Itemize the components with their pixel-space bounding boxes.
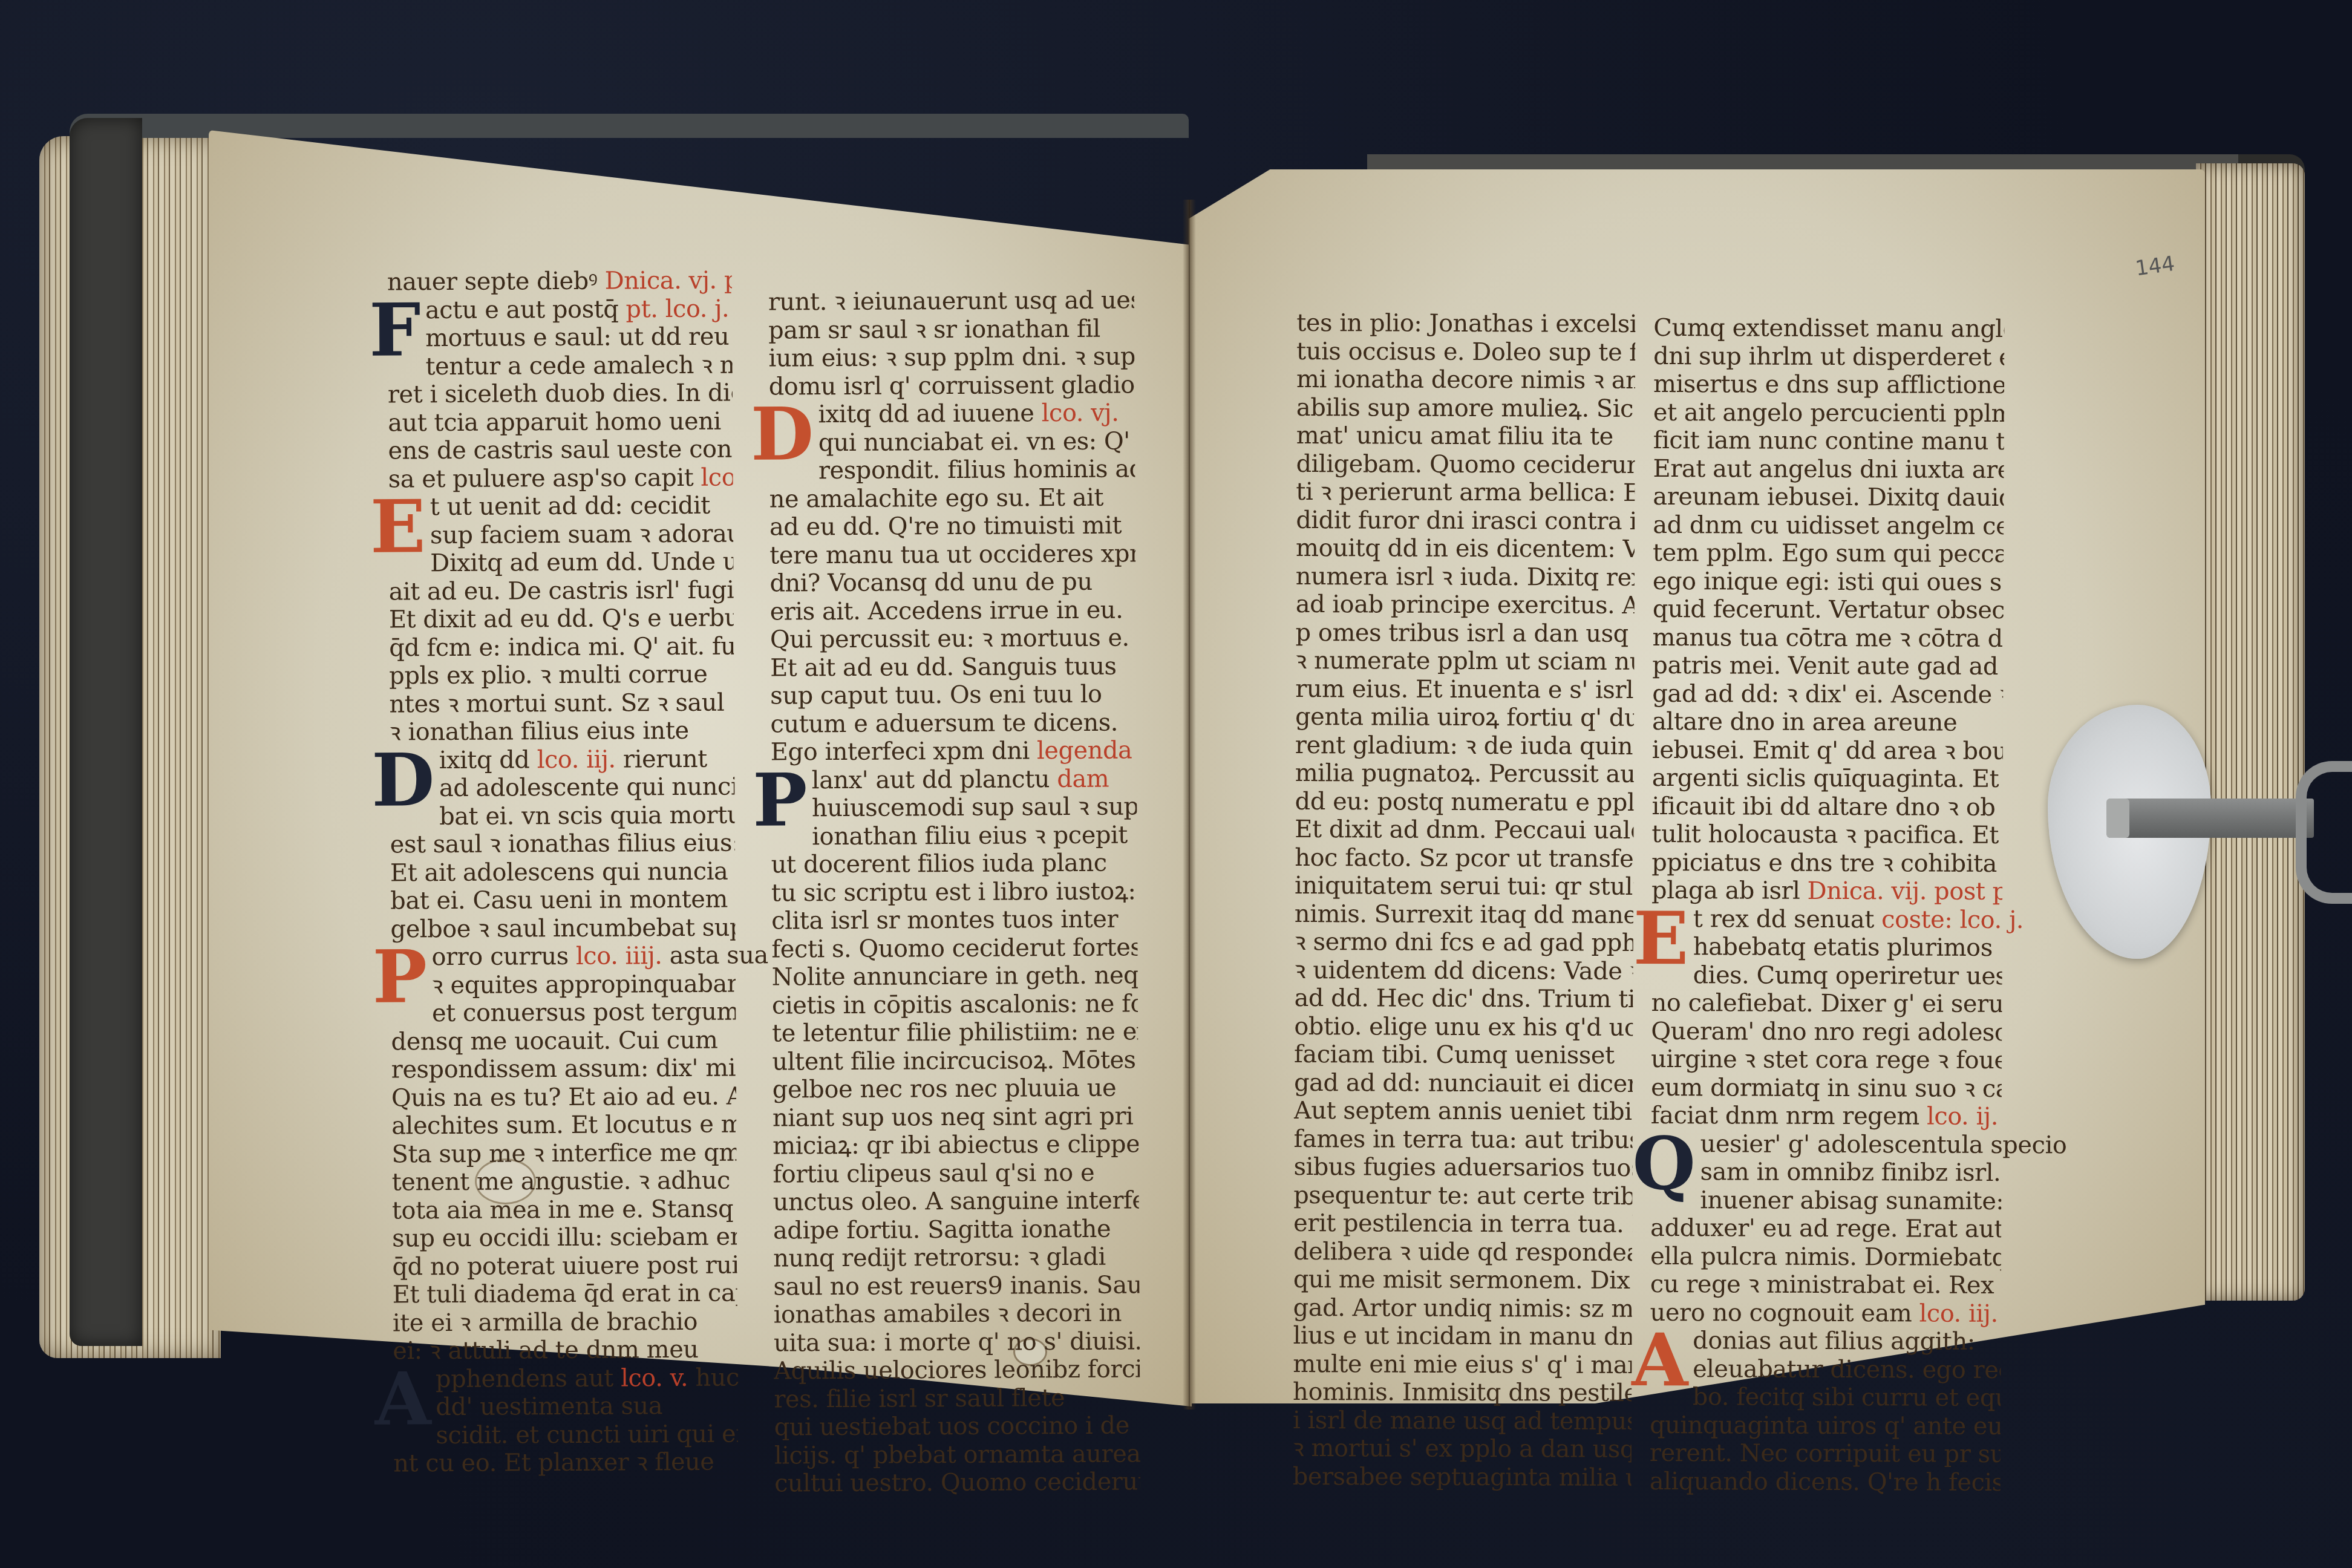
line-text: licijs. q' pbebat ornamta aurea bbox=[774, 1440, 1140, 1469]
text-line: qui nunciabat ei. vn es: Q' bbox=[818, 427, 1135, 457]
text-line: ad eu dd. Q're no timuisti mit bbox=[769, 511, 1135, 541]
line-text: nunq redijt retrorsu: ꝛ gladi bbox=[773, 1243, 1106, 1273]
text-line: nimis. Surrexit itaq dd mane bbox=[1295, 900, 1633, 929]
line-text-after: rierunt bbox=[616, 745, 707, 773]
gutter bbox=[1183, 200, 1196, 1410]
line-text: faciat dnm nrm regem bbox=[1651, 1102, 1927, 1131]
decorated-initial: Q bbox=[1632, 1133, 1695, 1194]
line-text: ixitq dd ad iuuene bbox=[818, 399, 1042, 428]
line-text: ppiciatus e dns tre ꝛ cohibita e bbox=[1651, 848, 2002, 877]
text-line: ut docerent filios iuda planc bbox=[771, 849, 1137, 879]
text-line: gad ad dd: nunciauit ei dicens. bbox=[1294, 1069, 1633, 1098]
line-text: dies. Cumq operiretur uestibus: bbox=[1693, 961, 2002, 990]
manuscript-photo: 144 nauer septe diebꝰ Dnica. vj. pt.Fact… bbox=[0, 0, 2352, 1568]
text-line: Ego interfeci xpm dni legenda pebdoma bbox=[771, 736, 1137, 766]
text-line: Et ait adolescens qui nuncia bbox=[390, 857, 735, 887]
line-text: ret i siceleth duob dies. In die bbox=[388, 379, 733, 409]
line-text: eleuabatur dicens. ego regna bbox=[1693, 1355, 2001, 1384]
line-text: ꝛ equites appropinquabant ei: bbox=[432, 970, 736, 999]
line-text: sup faciem suam ꝛ adorauit. bbox=[430, 520, 733, 549]
line-text: q̄d no poterat uiuere post ruina. bbox=[392, 1251, 737, 1281]
rubric: legenda pebdoma bbox=[1037, 736, 1137, 765]
line-text: respondissem assum: dix' mi: bbox=[391, 1054, 736, 1084]
text-line: ite ei ꝛ armilla de brachio bbox=[393, 1307, 737, 1337]
line-text: nt cu eo. Et planxer ꝛ fleue bbox=[393, 1448, 714, 1478]
text-line: ego inique egi: isti qui oues s' bbox=[1653, 567, 2004, 596]
decorated-initial: D bbox=[751, 404, 814, 465]
text-line: faciat dnm nrm regem lco. ij. bbox=[1651, 1102, 2002, 1131]
line-text: gad ad dd: nunciauit ei dicens. bbox=[1294, 1069, 1633, 1098]
text-line: bersabee septuaginta milia uiroꝝ: bbox=[1293, 1463, 1632, 1492]
text-line: Aut septem annis ueniet tibi bbox=[1294, 1097, 1633, 1126]
text-line: Porro currus lco. iiij. asta sua bbox=[391, 942, 736, 972]
text-line: eum dormiatq in sinu suo ꝛ cale bbox=[1651, 1073, 2002, 1103]
text-line: runt. ꝛ ieiunauerunt usq ad ues bbox=[768, 286, 1134, 316]
text-line: ens de castris saul ueste conscis bbox=[388, 436, 733, 465]
line-text: lanx' aut dd planctu bbox=[812, 765, 1057, 794]
text-line: q̄d fcm e: indica mi. Q' ait. fugit bbox=[389, 632, 734, 662]
line-text: ad ioab principe exercitus. Ambula bbox=[1296, 590, 1635, 619]
line-text: fames in terra tua: aut tribus me bbox=[1294, 1125, 1633, 1154]
rubric: lco. iij. bbox=[537, 745, 615, 774]
rubric: lco. iiij. bbox=[576, 942, 662, 970]
text-line: sup caput tuu. Os eni tuu lo bbox=[770, 680, 1136, 710]
line-text: lius e ut incidam in manu dni: bbox=[1293, 1322, 1632, 1351]
line-text: Aut septem annis ueniet tibi bbox=[1294, 1097, 1632, 1126]
line-text: gelboe nec ros nec pluuia ue bbox=[773, 1074, 1117, 1104]
text-line: dni? Vocansq dd unu de pu bbox=[769, 567, 1135, 598]
text-line: rum eius. Et inuenta e s' isrl octin bbox=[1295, 675, 1634, 704]
line-text: iebusei. Emit q' dd area ꝛ boues bbox=[1652, 736, 2003, 765]
text-line: patris mei. Venit aute gad ad dd in die … bbox=[1652, 652, 2003, 681]
text-line: mat' unicu amat filiu ita te bbox=[1296, 422, 1635, 451]
text-line: tentur a cede amalech ꝛ mane bbox=[425, 351, 733, 381]
text-line: ꝛ equites appropinquabant ei: bbox=[432, 970, 736, 999]
text-line: Planx' aut dd planctu dam bbox=[771, 765, 1137, 795]
line-text: faciam tibi. Cumq uenisset bbox=[1294, 1040, 1615, 1070]
line-text: manus tua cōtra me ꝛ cōtra domu bbox=[1652, 623, 2003, 652]
text-line: Et tuli diadema q̄d erat in cap bbox=[393, 1279, 737, 1308]
line-text: clita isrl sr montes tuos inter bbox=[771, 906, 1118, 935]
right-page-column-b: Cumq extendisset manu angledni sup ihrlm… bbox=[1650, 314, 2005, 1497]
line-text: tota aia mea in me e. Stansq bbox=[392, 1195, 733, 1224]
text-line: respondissem assum: dix' mi: bbox=[391, 1054, 736, 1084]
line-text: numera isrl ꝛ iuda. Dixitq rex bbox=[1296, 563, 1635, 592]
line-text: altare dno in area areune bbox=[1652, 708, 1957, 737]
line-text: cutum e aduersum te dicens. bbox=[770, 708, 1118, 738]
text-line: ꝛ mortui s' ex pplo a dan usque bbox=[1293, 1434, 1632, 1463]
text-line: saul no est reuers9 inanis. Saul ꝛ bbox=[773, 1271, 1139, 1301]
text-line: dies. Cumq operiretur uestibus: bbox=[1693, 961, 2002, 990]
text-line: pam sr saul ꝛ sr ionathan fil bbox=[768, 315, 1134, 345]
line-text: uesier' g' adolescentula specio bbox=[1700, 1130, 2067, 1159]
line-text: Erat aut angelus dni iuxta area bbox=[1653, 454, 2004, 483]
text-line: dd eu: postq numeratu e pplus. bbox=[1295, 788, 1633, 817]
text-line: cietis in cōpitis ascalonis: ne for bbox=[772, 990, 1138, 1020]
line-text: ut docerent filios iuda planc bbox=[771, 849, 1107, 879]
line-text-after: asta sua bbox=[662, 941, 768, 970]
right-page-edges bbox=[2196, 163, 2305, 1301]
line-text: Et tuli diadema q̄d erat in cap bbox=[393, 1279, 737, 1308]
line-text: ppls ex plio. ꝛ multi corrue bbox=[389, 661, 707, 690]
text-line: altare dno in area areune bbox=[1652, 708, 2003, 737]
text-line: bo. fecitq sibi curru et equites ꝛ bbox=[1693, 1383, 2001, 1412]
line-text: adduxer' eu ad rege. Erat aut pu bbox=[1650, 1214, 2001, 1243]
text-line: Quis na es tu? Et aio ad eu. Am bbox=[391, 1082, 736, 1112]
line-text: ad eu dd. Q're no timuisti mit bbox=[769, 512, 1122, 541]
line-text: ꝛ mortui s' ex pplo a dan usque bbox=[1293, 1434, 1632, 1463]
text-line: est saul ꝛ ionathas filius eius: bbox=[390, 829, 735, 859]
text-line: p omes tribus isrl a dan usq bersabee bbox=[1295, 619, 1634, 648]
line-text: Aquilis uelociores leonibz forcio bbox=[774, 1355, 1140, 1385]
line-text: aut tcia apparuit homo ueni bbox=[388, 407, 721, 437]
rubric: pt. lco. j. bbox=[626, 295, 729, 323]
cover-left bbox=[70, 118, 142, 1346]
text-line: eleuabatur dicens. ego regna bbox=[1693, 1355, 2001, 1384]
decorated-initial: P bbox=[753, 770, 807, 831]
line-text: ens de castris saul ueste conscis bbox=[388, 436, 733, 465]
line-text: ei: ꝛ attuli ad te dnm meu bbox=[393, 1336, 699, 1365]
text-line: ntes ꝛ mortui sunt. Sz ꝛ saul bbox=[389, 688, 734, 718]
line-text: hominis. Inmisitq dns pestilenciam bbox=[1293, 1378, 1632, 1407]
line-text: ixitq dd bbox=[439, 746, 537, 774]
line-text: tulit holocausta ꝛ pacifica. Et bbox=[1651, 820, 1999, 849]
text-line: sam in omnibz finibz isrl. Et bbox=[1700, 1158, 2001, 1187]
text-line: Adonias aut filius aggith: bbox=[1650, 1327, 2001, 1356]
line-text: cu rege ꝛ ministrabat ei. Rex bbox=[1650, 1270, 1994, 1299]
line-text: erit pestilencia in terra tua. Nuc ergo bbox=[1293, 1209, 1632, 1238]
line-text: unctus oleo. A sanguine interfecto ꝝ ab bbox=[773, 1186, 1139, 1216]
line-text: ait ad eu. De castris isrl' fugi. bbox=[388, 576, 733, 606]
line-text: bat ei. Casu ueni in montem bbox=[390, 886, 728, 915]
line-text: fecti s. Quomo ceciderut fortes? bbox=[771, 933, 1137, 963]
line-text: pam sr saul ꝛ sr ionathan fil bbox=[768, 315, 1100, 344]
text-line: tes in plio: Jonathas i excelsis bbox=[1296, 309, 1635, 338]
line-text: Cumq extendisset manu angle bbox=[1653, 314, 2004, 343]
line-text: tentur a cede amalech ꝛ mane bbox=[425, 351, 733, 381]
line-text: Et dixit ad eu dd. Q's e uerbu bbox=[389, 604, 734, 634]
text-line: ad adolescente qui nuncia bbox=[439, 773, 735, 803]
line-text: ad dnm cu uidisset angelm cede bbox=[1653, 511, 2004, 540]
line-text: ionathan filiu eius ꝛ pcepit bbox=[812, 821, 1128, 851]
line-text: gad ad dd: ꝛ dix' ei. Ascende ꝛ statue bbox=[1652, 679, 2003, 709]
text-line: manus tua cōtra me ꝛ cōtra domu bbox=[1652, 623, 2003, 653]
line-text: ꝛ numerate pplm ut sciam nume bbox=[1295, 647, 1634, 676]
text-line: genta milia uiroꝝ fortiu q' duce bbox=[1295, 703, 1634, 732]
line-text: uirgine ꝛ stet cora rege ꝛ foueat bbox=[1651, 1045, 2002, 1074]
rubric: lco. iij. bbox=[1919, 1299, 1998, 1327]
line-text: Et ait adolescens qui nuncia bbox=[390, 857, 728, 887]
text-line: quinquaginta uiros q' ante eu cur bbox=[1650, 1411, 2001, 1440]
text-line: no calefiebat. Dixer g' ei serui sui. bbox=[1651, 989, 2002, 1019]
text-line: ad dd. Hec dic' dns. Trium tibi dat bbox=[1294, 984, 1633, 1013]
text-line: tere manu tua ut occideres xpm bbox=[769, 540, 1135, 570]
line-text: ꝛ sermo dni fcs e ad gad pphan bbox=[1295, 928, 1633, 957]
text-line: psequentur te: aut certe tribus dieb' bbox=[1293, 1181, 1632, 1210]
text-line: iebusei. Emit q' dd area ꝛ boues bbox=[1652, 736, 2003, 765]
line-text: alechites sum. Et locutus e mi: bbox=[391, 1111, 736, 1140]
line-text: multe eni mie eius s' q' i manus bbox=[1293, 1350, 1632, 1379]
line-text: dni? Vocansq dd unu de pu bbox=[769, 568, 1092, 598]
text-line: numera isrl ꝛ iuda. Dixitq rex bbox=[1296, 563, 1635, 592]
line-text: sam in omnibz finibz isrl. Et bbox=[1700, 1158, 2001, 1187]
text-line: Et rex dd senuat coste: lco. j. bbox=[1651, 904, 2002, 934]
text-line: te letentur filie philistiim: ne ex bbox=[772, 1018, 1138, 1048]
text-line: ppls ex plio. ꝛ multi corrue bbox=[389, 661, 734, 690]
text-line: Et ait ad eu dd. Sanguis tuus bbox=[770, 652, 1136, 682]
line-text: orro currus bbox=[431, 942, 576, 971]
line-text: tem pplm. Ego sum qui peccaui, bbox=[1653, 539, 2004, 568]
line-text: actu e aut postq̄ bbox=[425, 295, 626, 324]
rubric: coste: lco. j. bbox=[1881, 906, 2024, 934]
line-text: Et dixit ad dnm. Peccaui ualde i bbox=[1295, 815, 1633, 844]
line-text: ionathas amabiles ꝛ decori in bbox=[774, 1299, 1122, 1329]
clamp-tip bbox=[2106, 799, 2129, 838]
text-line: mouitq dd in eis dicentem: Vade bbox=[1296, 534, 1635, 563]
text-line: ꝛ ionathan filius eius inte bbox=[390, 717, 734, 746]
line-text: psequentur te: aut certe tribus dieb' bbox=[1293, 1181, 1632, 1210]
text-line: respondit. filius hominis adue bbox=[818, 455, 1135, 485]
text-line: sup eu occidi illu: sciebam eni bbox=[392, 1223, 737, 1252]
text-line: bat ei. Casu ueni in montem bbox=[390, 886, 735, 915]
line-text: inuener abisag sunamite: et bbox=[1700, 1186, 2001, 1215]
text-line: ꝛ sermo dni fcs e ad gad pphan bbox=[1295, 928, 1633, 957]
text-line: sa et puluere asp'so capit lco. ij. bbox=[388, 463, 733, 493]
text-line: ficit iam nunc contine manu tu bbox=[1653, 426, 2004, 456]
text-line: iniquitatem serui tui: qr stulte egi bbox=[1295, 872, 1633, 901]
left-page-column-b: runt. ꝛ ieiunauerunt usq ad uespam sr sa… bbox=[768, 286, 1140, 1498]
text-line: ad dnm cu uidisset angelm cede bbox=[1653, 511, 2004, 540]
text-line: tenent me angustie. ꝛ adhuc bbox=[392, 1167, 737, 1197]
text-line: bat ei. vn scis quia mortuus bbox=[439, 801, 735, 831]
line-text: mat' unicu amat filiu ita te bbox=[1296, 422, 1613, 451]
line-text: est saul ꝛ ionathas filius eius: bbox=[390, 829, 735, 859]
text-line: clita isrl sr montes tuos inter bbox=[771, 905, 1137, 935]
decorated-initial: D bbox=[371, 750, 434, 811]
line-text: Sta sup me ꝛ interfice me qm bbox=[391, 1138, 736, 1168]
line-text: tenent me angustie. ꝛ adhuc bbox=[392, 1167, 730, 1197]
text-line: ella pulcra nimis. Dormiebatq bbox=[1650, 1242, 2001, 1272]
text-line: ultent filie incircucisoꝝ. Mōtes bbox=[772, 1046, 1138, 1076]
line-text: tuis occisus e. Doleo sup te fr bbox=[1296, 338, 1635, 367]
line-text: niant sup uos neq sint agri pri bbox=[773, 1102, 1134, 1132]
text-line: Erat aut angelus dni iuxta area bbox=[1653, 454, 2004, 484]
decorated-initial: A bbox=[1632, 1330, 1688, 1391]
text-line: sibus fugies aduersarios tuos: ꝛ illi bbox=[1293, 1153, 1632, 1182]
line-text: hoc facto. Sz pcor ut transferas bbox=[1295, 844, 1633, 873]
text-line: ificauit ibi dd altare dno ꝛ ob bbox=[1651, 792, 2002, 822]
line-text: nauer septe diebꝰ bbox=[387, 267, 605, 296]
text-line: Apphendens aut lco. v. huc bbox=[393, 1364, 737, 1393]
line-text: rum eius. Et inuenta e s' isrl octin bbox=[1295, 675, 1634, 704]
line-text: Qui percussit eu: ꝛ mortuus e. bbox=[770, 624, 1129, 653]
text-line: Et ut uenit ad dd: cecidit bbox=[388, 492, 733, 521]
text-line: areunam iebusei. Dixitq dauid bbox=[1653, 483, 2004, 512]
text-line: nunq redijt retrorsu: ꝛ gladi bbox=[773, 1243, 1139, 1273]
text-line: ait ad eu. De castris isrl' fugi. bbox=[388, 576, 733, 606]
line-text: rerent. Nec corripuit eu pr suus bbox=[1650, 1439, 2001, 1468]
line-text: densq me uocauit. Cui cum bbox=[391, 1026, 717, 1056]
clamp-arm bbox=[2108, 799, 2314, 838]
text-line: cu rege ꝛ ministrabat ei. Rex bbox=[1650, 1270, 2001, 1300]
text-line: aliquando dicens. Q're h fecisti: Erat bbox=[1650, 1467, 2001, 1497]
line-text: sup caput tuu. Os eni tuu lo bbox=[770, 681, 1102, 710]
line-text: bersabee septuaginta milia uiroꝝ: bbox=[1293, 1463, 1632, 1492]
text-line: erit pestilencia in terra tua. Nuc ergo bbox=[1293, 1209, 1632, 1238]
text-line: Quesier' g' adolescentula specio bbox=[1651, 1129, 2002, 1159]
decorated-initial: E bbox=[1633, 908, 1688, 969]
line-text: Nolite annunciare in geth. neq annu bbox=[772, 961, 1138, 991]
line-text: misertus e dns sup afflictione co bbox=[1653, 370, 2004, 399]
text-line: i isrl de mane usq ad tempus constitu bbox=[1293, 1406, 1632, 1436]
text-line: qui me misit sermonem. Dix' aute dd ad bbox=[1293, 1266, 1632, 1295]
text-line: mi ionatha decore nimis ꝛ am bbox=[1296, 365, 1635, 394]
text-line: ꝛ numerate pplm ut sciam nume bbox=[1295, 647, 1634, 676]
line-text: gad. Artor undiq nimis: sz me bbox=[1293, 1294, 1632, 1323]
text-line: res. filie isrl sr saul flete bbox=[774, 1383, 1140, 1414]
line-text: rent gladium: ꝛ de iuda quingenta bbox=[1295, 731, 1634, 760]
text-line: plaga ab isrl Dnica. vij. post pent bbox=[1651, 877, 2002, 906]
line-text: diligebam. Quomo ceciderunt robus bbox=[1296, 450, 1635, 479]
line-text: nimis. Surrexit itaq dd mane bbox=[1295, 900, 1633, 929]
line-text: tes in plio: Jonathas i excelsis bbox=[1296, 309, 1635, 338]
line-text: habebatq etatis plurimos bbox=[1693, 933, 1993, 962]
line-text: ti ꝛ perierunt arma bellica: Et ad bbox=[1296, 478, 1635, 507]
line-text: qui uestiebat uos coccino i de bbox=[774, 1411, 1129, 1441]
text-line: Qui percussit eu: ꝛ mortuus e. bbox=[770, 624, 1136, 654]
line-text: ad adolescente qui nuncia bbox=[439, 773, 735, 803]
text-line: abilis sup amore mulieꝝ. Sic bbox=[1296, 394, 1635, 423]
text-line: adduxer' eu ad rege. Erat aut pu bbox=[1650, 1214, 2001, 1244]
line-text-after: huc bbox=[688, 1364, 739, 1391]
text-line: fecti s. Quomo ceciderut fortes? bbox=[771, 933, 1137, 964]
text-line: adipe fortiu. Sagitta ionathe bbox=[773, 1215, 1139, 1245]
line-text: aliquando dicens. Q're h fecisti: Erat bbox=[1650, 1467, 2001, 1497]
line-text: eum dormiatq in sinu suo ꝛ cale bbox=[1651, 1073, 2002, 1102]
text-line: ionathan filiu eius ꝛ pcepit bbox=[812, 821, 1137, 851]
line-text: ium eius: ꝛ sup pplm dni. ꝛ sup bbox=[768, 342, 1134, 372]
text-line: domu isrl q' corruissent gladio. bbox=[768, 371, 1134, 401]
line-text: delibera ꝛ uide qd respondea ei bbox=[1293, 1238, 1632, 1267]
text-line: fortiu clipeus saul q'si no e bbox=[773, 1158, 1138, 1189]
text-line: delibera ꝛ uide qd respondea ei bbox=[1293, 1238, 1632, 1267]
text-line: licijs. q' pbebat ornamta aurea bbox=[774, 1440, 1140, 1470]
line-text: res. filie isrl sr saul flete bbox=[774, 1384, 1065, 1414]
line-text: mortuus e saul: ut dd reu bbox=[425, 323, 729, 353]
line-text: ego inique egi: isti qui oues s' bbox=[1653, 567, 2004, 596]
line-text: mouitq dd in eis dicentem: Vade bbox=[1296, 534, 1635, 563]
line-text: uita sua: i morte q' no s' diuisi. bbox=[774, 1327, 1140, 1357]
text-line: gad ad dd: ꝛ dix' ei. Ascende ꝛ statue bbox=[1652, 679, 2003, 709]
line-text: fortiu clipeus saul q'si no e bbox=[773, 1158, 1094, 1188]
line-text: pphendens aut bbox=[436, 1364, 621, 1393]
text-line: Et dixit ad dnm. Peccaui ualde i bbox=[1295, 815, 1633, 844]
text-line: uita sua: i morte q' no s' diuisi. bbox=[774, 1327, 1140, 1357]
line-text: sa et puluere asp'so capit bbox=[388, 463, 701, 493]
rubric: lco. ij. bbox=[1927, 1103, 1998, 1131]
text-line: qui uestiebat uos coccino i de bbox=[774, 1411, 1140, 1442]
line-text: genta milia uiroꝝ fortiu q' duce bbox=[1295, 703, 1634, 732]
line-text: ultent filie incircucisoꝝ. Mōtes bbox=[772, 1046, 1135, 1076]
text-line: unctus oleo. A sanguine interfecto ꝝ ab bbox=[773, 1186, 1139, 1217]
line-text: iniquitatem serui tui: qr stulte egi bbox=[1295, 872, 1633, 901]
line-text: quinquaginta uiros q' ante eu cur bbox=[1650, 1411, 2001, 1440]
text-line: scidit. et cuncti uiri qui era bbox=[436, 1420, 738, 1449]
text-line: ꝛ uidentem dd dicens: Vade ꝛ loquere bbox=[1295, 956, 1633, 985]
text-line: aut tcia apparuit homo ueni bbox=[388, 407, 733, 437]
line-text: adipe fortiu. Sagitta ionathe bbox=[773, 1215, 1111, 1244]
text-line: tuis occisus e. Doleo sup te fr bbox=[1296, 338, 1635, 367]
line-text: gelboe ꝛ saul incumbebat sup bbox=[390, 913, 735, 943]
text-line: rent gladium: ꝛ de iuda quingenta bbox=[1295, 731, 1634, 760]
clamp-ring bbox=[2296, 761, 2352, 904]
text-line: nauer septe diebꝰ Dnica. vj. pt. bbox=[387, 267, 732, 296]
line-text: tu sic scriptu est i libro iustoꝝ: In bbox=[771, 877, 1137, 907]
text-line: Sta sup me ꝛ interfice me qm bbox=[391, 1138, 736, 1168]
text-line: ti ꝛ perierunt arma bellica: Et ad bbox=[1296, 478, 1635, 507]
line-text: Queram' dno nro regi adolescentula bbox=[1651, 1017, 2002, 1046]
text-line: Cumq extendisset manu angle bbox=[1653, 314, 2004, 344]
line-text: cultui uestro. Quomo ceciderut bbox=[774, 1468, 1140, 1497]
line-text: sibus fugies aduersarios tuos: ꝛ illi bbox=[1293, 1153, 1632, 1182]
line-text: bo. fecitq sibi curru et equites ꝛ bbox=[1693, 1383, 2001, 1412]
line-text: bat ei. vn scis quia mortuus bbox=[439, 801, 735, 831]
text-line: Factu e aut postq̄ pt. lco. j. bbox=[387, 295, 732, 324]
line-text: ꝛ ionathan filius eius inte bbox=[390, 717, 689, 746]
line-text: ntes ꝛ mortui sunt. Sz ꝛ saul bbox=[389, 688, 724, 718]
line-text: te letentur filie philistiim: ne ex bbox=[772, 1018, 1138, 1047]
line-text: ne amalachite ego su. Et ait bbox=[769, 483, 1103, 513]
line-text: et ait angelo percucienti pplm. Suf bbox=[1653, 398, 2004, 427]
text-line: gelboe ꝛ saul incumbebat sup bbox=[390, 913, 735, 943]
line-text: uero no cognouit eam bbox=[1650, 1298, 1919, 1327]
line-text: didit furor dni irasci contra isrl. com bbox=[1296, 506, 1635, 535]
text-line: uirgine ꝛ stet cora rege ꝛ foueat bbox=[1651, 1045, 2002, 1075]
text-line: rerent. Nec corripuit eu pr suus bbox=[1650, 1439, 2001, 1469]
text-line: sup faciem suam ꝛ adorauit. bbox=[430, 520, 733, 549]
line-text: ite ei ꝛ armilla de brachio bbox=[393, 1307, 697, 1337]
line-text: donias aut filius aggith: bbox=[1693, 1327, 1975, 1356]
text-line: alechites sum. Et locutus e mi: bbox=[391, 1111, 736, 1140]
text-line: cutum e aduersum te dicens. bbox=[770, 708, 1136, 739]
rubric: lco. v. bbox=[621, 1364, 688, 1392]
line-text: t ut uenit ad dd: cecidit bbox=[430, 492, 710, 521]
text-line: ium eius: ꝛ sup pplm dni. ꝛ sup bbox=[768, 342, 1134, 373]
text-line: Aquilis uelociores leonibz forcio bbox=[774, 1355, 1140, 1385]
line-text: p omes tribus isrl a dan usq bersabee bbox=[1295, 619, 1634, 648]
line-text: mi ionatha decore nimis ꝛ am bbox=[1296, 365, 1635, 394]
line-text: Ego interfeci xpm dni bbox=[771, 737, 1037, 766]
line-text: scidit. et cuncti uiri qui era bbox=[436, 1420, 738, 1449]
line-text: Dixitq ad eum dd. Unde uenis? Qui bbox=[430, 548, 733, 578]
text-line: inuener abisag sunamite: et bbox=[1700, 1186, 2001, 1215]
line-text: argenti siclis quīquaginta. Et ed bbox=[1652, 764, 2003, 793]
text-line: Dixitq ad eum dd. Unde uenis? Qui bbox=[430, 548, 733, 578]
text-line: didit furor dni irasci contra isrl. com bbox=[1296, 506, 1635, 535]
line-text: no calefiebat. Dixer g' ei serui sui. bbox=[1651, 989, 2002, 1018]
text-line: multe eni mie eius s' q' i manus bbox=[1293, 1350, 1632, 1379]
rubric: dam bbox=[1057, 765, 1109, 792]
text-line: ionathas amabiles ꝛ decori in bbox=[774, 1299, 1140, 1329]
rubric: lco. vj. bbox=[1042, 399, 1119, 428]
line-text: eris ait. Accedens irrue in eu. bbox=[769, 596, 1123, 626]
text-line: ne amalachite ego su. Et ait bbox=[769, 483, 1135, 514]
line-text: huiuscemodi sup saul ꝛ sup bbox=[812, 792, 1137, 822]
decorated-initial: F bbox=[369, 300, 420, 361]
line-text: i isrl de mane usq ad tempus constitu bbox=[1293, 1406, 1632, 1436]
decorated-initial: E bbox=[370, 497, 425, 557]
line-text: domu isrl q' corruissent gladio. bbox=[768, 371, 1134, 400]
